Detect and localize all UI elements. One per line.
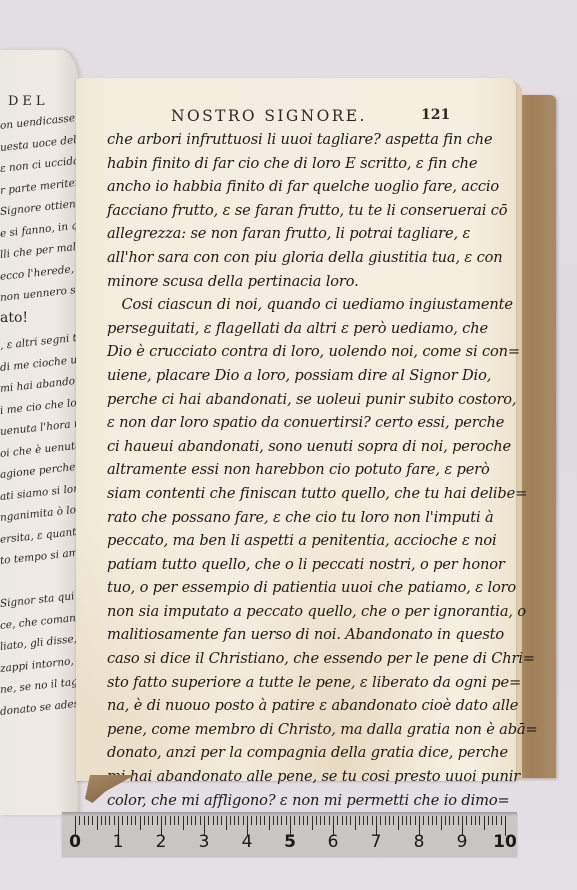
ruler-tick bbox=[226, 816, 227, 830]
ruler-tick bbox=[415, 816, 416, 825]
ruler-tick bbox=[281, 816, 282, 825]
ruler-label: 3 bbox=[199, 832, 210, 852]
left-text-line: Signore ottiene il per bbox=[0, 194, 78, 218]
ruler-label: 2 bbox=[156, 832, 167, 852]
ruler-tick bbox=[320, 816, 321, 825]
ruler-tick bbox=[195, 816, 196, 825]
left-text-line: to tempo si ammenda bbox=[0, 543, 78, 567]
ruler-label: 8 bbox=[414, 832, 425, 852]
ruler-label: 10 bbox=[493, 832, 517, 852]
text-line: che arbori infruttuosi li uuoi tagliare?… bbox=[107, 128, 507, 152]
ruler-tick bbox=[286, 816, 287, 825]
ruler-tick bbox=[402, 816, 403, 825]
ruler-tick bbox=[471, 816, 472, 825]
ruler-tick bbox=[423, 816, 424, 825]
ruler-tick bbox=[453, 816, 454, 825]
left-text-line: liato, gli disse, aspetta bbox=[0, 628, 78, 652]
ruler-tick bbox=[127, 816, 128, 825]
ruler-tick bbox=[355, 816, 356, 830]
ruler-tick bbox=[410, 816, 411, 825]
ruler-label: 1 bbox=[113, 832, 124, 852]
ruler-tick bbox=[363, 816, 364, 825]
text-line: tuo, o per essempio di patientia uuoi ch… bbox=[107, 576, 507, 600]
ruler-tick bbox=[475, 816, 476, 825]
text-line: perseguitati, ɛ flagellati da altri ɛ pe… bbox=[107, 317, 507, 341]
left-text-line: uenuta l'hora mia, no bbox=[0, 414, 78, 438]
ruler-tick bbox=[131, 816, 132, 825]
left-text-line: nganimita ò longa pa bbox=[0, 500, 78, 524]
ruler-tick bbox=[359, 816, 360, 825]
text-line: peccato, ma ben li aspetti a penitentia,… bbox=[107, 529, 507, 553]
ruler-tick bbox=[79, 816, 80, 825]
text-line: allegrezza: se non faran frutto, li potr… bbox=[107, 222, 507, 246]
ruler-tick bbox=[109, 816, 110, 825]
ruler-tick bbox=[484, 816, 485, 830]
ruler-tick bbox=[234, 816, 235, 825]
ruler-tick bbox=[329, 816, 330, 825]
ruler-label: 5 bbox=[284, 832, 296, 852]
ruler-tick bbox=[432, 816, 433, 825]
ruler-tick bbox=[105, 816, 106, 825]
ruler-tick bbox=[148, 816, 149, 825]
ruler-tick bbox=[277, 816, 278, 825]
text-line: altramente essi non harebbon cio potuto … bbox=[107, 458, 507, 482]
ruler-tick bbox=[101, 816, 102, 825]
ruler-tick bbox=[260, 816, 261, 825]
text-line: minore scusa della pertinacia loro. bbox=[107, 270, 507, 294]
ruler-tick bbox=[492, 816, 493, 825]
left-text-line: e si fanno, in questa o bbox=[0, 215, 78, 239]
text-line: facciano frutto, ɛ se faran frutto, tu t… bbox=[107, 199, 507, 223]
ruler-label: 7 bbox=[371, 832, 382, 852]
left-text-line: ɛ non ci uccida subito bbox=[0, 151, 78, 175]
ruler-tick bbox=[337, 816, 338, 825]
text-line: patiam tutto quello, che o li peccati no… bbox=[107, 553, 507, 577]
text-line: ancho io habbia finito di far quelche uo… bbox=[107, 175, 507, 199]
ruler-tick bbox=[449, 816, 450, 825]
ruler-label: 0 bbox=[69, 832, 81, 852]
ruler-tick bbox=[213, 816, 214, 825]
ruler-tick bbox=[428, 816, 429, 825]
text-line: sto fatto superiore a tutte le pene, ɛ l… bbox=[107, 671, 507, 695]
ruler-tick bbox=[294, 816, 295, 825]
ruler-tick bbox=[445, 816, 446, 825]
left-text-line: lli che per malitia pec bbox=[0, 237, 78, 261]
text-line: rato che possano fare, ɛ che cio tu loro… bbox=[107, 506, 507, 530]
ruler-tick bbox=[264, 816, 265, 825]
ruler-tick bbox=[496, 816, 497, 825]
text-line: donato, anzi per la compagnia della grat… bbox=[107, 741, 507, 765]
text-line: caso si dice il Christiano, che essendo … bbox=[107, 647, 507, 671]
ruler-tick bbox=[191, 816, 192, 825]
ruler-tick bbox=[208, 816, 209, 825]
ruler-tick bbox=[436, 816, 437, 825]
left-text-line: non uennero sopra di bbox=[0, 280, 78, 304]
ruler-tick bbox=[187, 816, 188, 825]
ruler-label: 9 bbox=[457, 832, 468, 852]
ruler-tick bbox=[251, 816, 252, 825]
text-line: color, che mi affligono? ɛ non mi permet… bbox=[107, 789, 507, 813]
ruler-tick bbox=[303, 816, 304, 825]
ruler-tick bbox=[312, 816, 313, 830]
left-text-line: ati siamo si longanimi bbox=[0, 478, 78, 502]
ruler-tick bbox=[144, 816, 145, 825]
ruler-tick bbox=[458, 816, 459, 825]
ruler-tick bbox=[140, 816, 141, 830]
ruler-tick bbox=[501, 816, 502, 825]
left-text-line: agione perche in tanti bbox=[0, 457, 78, 481]
ruler-tick bbox=[324, 816, 325, 825]
left-text-line: mi hai abandonato a bbox=[0, 372, 78, 395]
main-text-block: che arbori infruttuosi li uuoi tagliare?… bbox=[107, 128, 507, 812]
text-line: mi hai abandonato alle pene, se tu cosi … bbox=[107, 765, 507, 789]
text-line: Dio è crucciato contra di loro, uolendo … bbox=[107, 340, 507, 364]
ruler-tick bbox=[479, 816, 480, 825]
text-line: Cosi ciascun di noi, quando ci uediamo i… bbox=[107, 293, 507, 317]
ruler-tick bbox=[385, 816, 386, 825]
running-head: NOSTRO SIGNORE. bbox=[171, 107, 367, 125]
ruler-tick bbox=[350, 816, 351, 825]
ruler-tick bbox=[406, 816, 407, 825]
ruler-label: 4 bbox=[242, 832, 253, 852]
ruler-tick bbox=[389, 816, 390, 825]
ruler-tick bbox=[88, 816, 89, 825]
ruler-tick bbox=[92, 816, 93, 825]
ruler-tick bbox=[441, 816, 442, 830]
ruler-tick bbox=[346, 816, 347, 825]
ruler-tick bbox=[157, 816, 158, 825]
left-text-line: ce, che comanda il bbox=[0, 609, 78, 631]
ruler-tick bbox=[273, 816, 274, 825]
ruler-tick bbox=[488, 816, 489, 825]
left-text-line: oi che è uenuta l'hora bbox=[0, 435, 78, 459]
ruler-tick bbox=[238, 816, 239, 825]
ruler-label: 6 bbox=[328, 832, 339, 852]
ruler-tick bbox=[122, 816, 123, 825]
ruler-tick bbox=[165, 816, 166, 825]
ruler-tick bbox=[221, 816, 222, 825]
ruler-tick bbox=[256, 816, 257, 825]
text-line: siam contenti che finiscan tutto quello,… bbox=[107, 482, 507, 506]
left-text-line: i me cio che lor piace, bbox=[0, 392, 78, 416]
left-text-line: ersita, ɛ quanto mag bbox=[0, 522, 78, 545]
text-line: non sia imputato a peccato quello, che o… bbox=[107, 600, 507, 624]
ruler-tick bbox=[152, 816, 153, 825]
ruler-tick bbox=[84, 816, 85, 825]
ruler-tick bbox=[342, 816, 343, 825]
ruler-tick bbox=[170, 816, 171, 825]
text-line: uiene, placare Dio a loro, possiam dire … bbox=[107, 364, 507, 388]
left-text-line: di me cioche uogliono; bbox=[0, 349, 78, 373]
left-text-line: zappi intorno, ɛ gli bbox=[0, 652, 78, 674]
ruler-tick bbox=[466, 816, 467, 825]
ruler-tick bbox=[299, 816, 300, 825]
left-text-line: r parte meriteremmo. bbox=[0, 172, 78, 196]
left-text-line: ecco l'herede, uccidia bbox=[0, 258, 78, 282]
ruler-tick bbox=[367, 816, 368, 825]
left-page-header: DEL bbox=[8, 94, 49, 109]
ruler-tick bbox=[178, 816, 179, 825]
page-number: 121 bbox=[421, 107, 450, 123]
ruler-tick bbox=[200, 816, 201, 825]
ruler-tick bbox=[243, 816, 244, 825]
left-text-line: uesta uoce del Signor bbox=[0, 129, 78, 153]
ruler-tick bbox=[97, 816, 98, 830]
text-line: na, è di nuouo posto à patire ɛ abandona… bbox=[107, 694, 507, 718]
ruler-tick bbox=[316, 816, 317, 825]
ruler-tick bbox=[372, 816, 373, 825]
text-line: ci haueui abandonati, sono uenuti sopra … bbox=[107, 435, 507, 459]
text-line: habin finito di far cio che di loro E sc… bbox=[107, 152, 507, 176]
ruler-tick bbox=[307, 816, 308, 825]
text-line: perche ci hai abandonati, se uoleui puni… bbox=[107, 388, 507, 412]
ruler-tick bbox=[393, 816, 394, 825]
scale-ruler: 012345678910 bbox=[62, 812, 517, 856]
ruler-tick bbox=[114, 816, 115, 825]
ruler-tick bbox=[217, 816, 218, 825]
ruler-tick bbox=[398, 816, 399, 830]
left-text-line: donato se adesso con bbox=[0, 694, 78, 718]
left-text-line: on uendicasse piu pre bbox=[0, 108, 78, 132]
left-text-line: Signor sta qui asp bbox=[0, 588, 78, 610]
left-page-heading: ato! bbox=[0, 310, 28, 326]
ruler-tick bbox=[135, 816, 136, 825]
ruler-tick bbox=[230, 816, 231, 825]
ruler-tick bbox=[183, 816, 184, 830]
main-page: NOSTRO SIGNORE. 121 che arbori infruttuo… bbox=[76, 78, 516, 781]
ruler-tick bbox=[174, 816, 175, 825]
text-line: ɛ non dar loro spatio da conuertirsi? ce… bbox=[107, 411, 507, 435]
left-text-line: ne, se no il taglierai bbox=[0, 673, 78, 696]
left-page: DEL on uendicasse piu preuesta uoce del … bbox=[0, 50, 78, 815]
left-text-line: , ɛ altri segni tu ſta bbox=[0, 329, 78, 352]
text-line: pene, come membro di Christo, ma dalla g… bbox=[107, 718, 507, 742]
text-line: malitiosamente fan uerso di noi. Abandon… bbox=[107, 623, 507, 647]
ruler-tick bbox=[269, 816, 270, 830]
ruler-tick bbox=[380, 816, 381, 825]
text-line: all'hor sara con con piu gloria della gi… bbox=[107, 246, 507, 270]
